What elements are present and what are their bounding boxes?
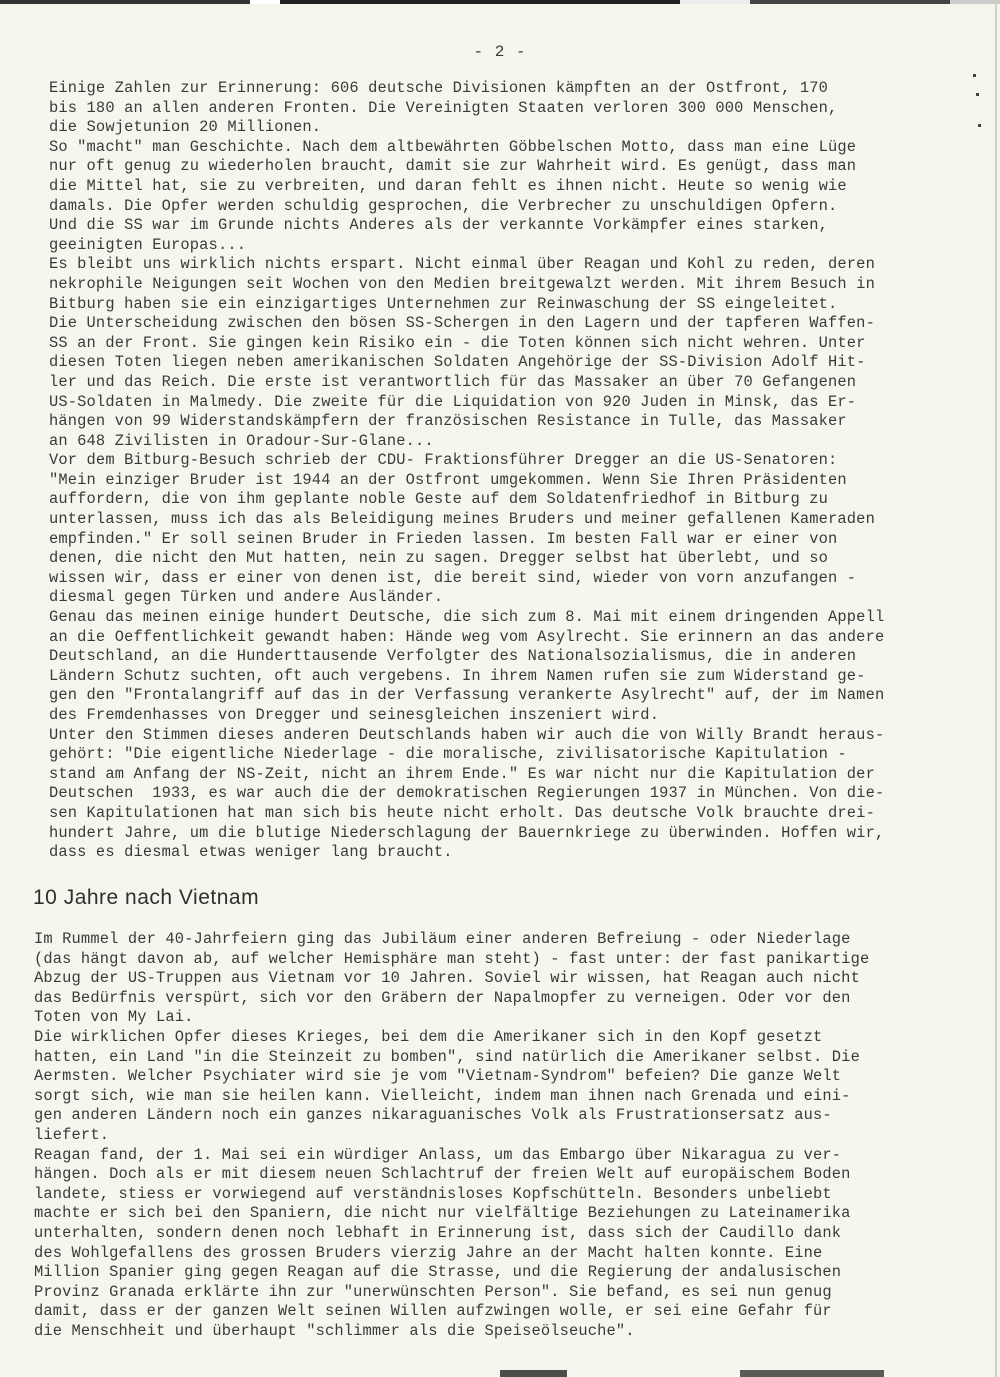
text-line: hundert Jahre, um die blutige Niederschl… xyxy=(49,824,949,844)
text-line: an die Oeffentlichkeit gewandt haben: Hä… xyxy=(49,628,949,648)
text-line: das Bedürfnis verspürt, sich vor den Grä… xyxy=(34,989,934,1009)
text-line: Und die SS war im Grunde nichts Anderes … xyxy=(49,216,949,236)
text-line: diesen Toten liegen neben amerikanischen… xyxy=(49,353,949,373)
text-line: landete, stiess er vorwiegend auf verstä… xyxy=(34,1185,934,1205)
text-line: "Mein einziger Bruder ist 1944 an der Os… xyxy=(49,471,949,491)
text-line: Deutschland, an die Hunderttausende Verf… xyxy=(49,647,949,667)
text-line: wissen wir, dass er einer von denen ist,… xyxy=(49,569,949,589)
text-line: (das hängt davon ab, auf welcher Hemisph… xyxy=(34,950,934,970)
text-line: Provinz Granada erklärte ihn zur "unerwü… xyxy=(34,1283,934,1303)
text-line: liefert. xyxy=(34,1126,934,1146)
text-line: Aermsten. Welcher Psychiater wird sie je… xyxy=(34,1067,934,1087)
text-line: denen, die nicht den Mut hatten, nein zu… xyxy=(49,549,949,569)
margin-mark xyxy=(978,124,981,127)
text-line: unterlassen, muss ich das als Beleidigun… xyxy=(49,510,949,530)
text-line: machte er sich bei den Spaniern, die nic… xyxy=(34,1204,934,1224)
scan-bottom-edge xyxy=(500,1370,980,1377)
text-line: diesmal gegen Türken und andere Auslände… xyxy=(49,588,949,608)
text-line: ler und das Reich. Die erste ist verantw… xyxy=(49,373,949,393)
text-line: damit, dass er der ganzen Welt seinen Wi… xyxy=(34,1302,934,1322)
text-line: die Sowjetunion 20 Millionen. xyxy=(49,118,949,138)
text-line: Einige Zahlen zur Erinnerung: 606 deutsc… xyxy=(49,79,949,99)
text-line: Million Spanier ging gegen Reagan auf di… xyxy=(34,1263,934,1283)
text-line: die Menschheit und überhaupt "schlimmer … xyxy=(34,1322,934,1342)
text-line: Es bleibt uns wirklich nichts erspart. N… xyxy=(49,255,949,275)
text-line: hängen. Doch als er mit diesem neuen Sch… xyxy=(34,1165,934,1185)
text-line: stand am Anfang der NS-Zeit, nicht an ih… xyxy=(49,765,949,785)
text-line: an 648 Zivilisten in Oradour-Sur-Glane..… xyxy=(49,432,949,452)
text-line: Abzug der US-Truppen aus Vietnam vor 10 … xyxy=(34,969,934,989)
text-line: auffordern, die von ihm geplante noble G… xyxy=(49,490,949,510)
text-line: geeinigten Europas... xyxy=(49,236,949,256)
text-line: gehört: "Die eigentliche Niederlage - di… xyxy=(49,745,949,765)
section-heading: 10 Jahre nach Vietnam xyxy=(33,886,259,910)
text-line: SS an der Front. Sie gingen kein Risiko … xyxy=(49,334,949,354)
text-line: unterhalten, sondern denen noch lebhaft … xyxy=(34,1224,934,1244)
text-line: sen Kapitulationen hat man sich bis heut… xyxy=(49,804,949,824)
text-line: hatten, ein Land "in die Steinzeit zu bo… xyxy=(34,1048,934,1068)
text-line: Reagan fand, der 1. Mai sei ein würdiger… xyxy=(34,1146,934,1166)
text-line: Vor dem Bitburg-Besuch schrieb der CDU- … xyxy=(49,451,949,471)
text-line: gen anderen Ländern noch ein ganzes nika… xyxy=(34,1106,934,1126)
section-2-body: Im Rummel der 40-Jahrfeiern ging das Jub… xyxy=(34,930,934,1341)
text-line: des Fremdenhasses von Dregger und seines… xyxy=(49,706,949,726)
text-line: damals. Die Opfer werden schuldig gespro… xyxy=(49,197,949,217)
text-line: Genau das meinen einige hundert Deutsche… xyxy=(49,608,949,628)
text-line: des Wohlgefallens des grossen Bruders vi… xyxy=(34,1244,934,1264)
text-line: Toten von My Lai. xyxy=(34,1008,934,1028)
margin-mark xyxy=(973,74,976,77)
text-line: nur oft genug zu wiederholen braucht, da… xyxy=(49,157,949,177)
text-line: US-Soldaten in Malmedy. Die zweite für d… xyxy=(49,393,949,413)
text-line: Bitburg haben sie ein einzigartiges Unte… xyxy=(49,295,949,315)
section-1-body: Einige Zahlen zur Erinnerung: 606 deutsc… xyxy=(49,79,949,863)
scan-top-edge xyxy=(0,0,1000,4)
text-line: empfinden." Er soll seinen Bruder in Fri… xyxy=(49,530,949,550)
text-line: gen den "Frontalangriff auf das in der V… xyxy=(49,686,949,706)
text-line: hängen von 99 Widerstandskämpfern der fr… xyxy=(49,412,949,432)
text-line: Die Unterscheidung zwischen den bösen SS… xyxy=(49,314,949,334)
text-line: dass es diesmal etwas weniger lang brauc… xyxy=(49,843,949,863)
text-line: Ländern Schutz suchten, oft auch vergebe… xyxy=(49,667,949,687)
text-line: So "macht" man Geschichte. Nach dem altb… xyxy=(49,138,949,158)
text-line: Die wirklichen Opfer dieses Krieges, bei… xyxy=(34,1028,934,1048)
text-line: sorgt sich, wie man sie heilen kann. Vie… xyxy=(34,1087,934,1107)
page-number: - 2 - xyxy=(0,43,1000,61)
text-line: Unter den Stimmen dieses anderen Deutsch… xyxy=(49,726,949,746)
margin-mark xyxy=(976,93,979,96)
text-line: die Mittel hat, sie zu verbreiten, und d… xyxy=(49,177,949,197)
text-line: Deutschen 1933, es war auch die der demo… xyxy=(49,784,949,804)
text-line: Im Rummel der 40-Jahrfeiern ging das Jub… xyxy=(34,930,934,950)
text-line: bis 180 an allen anderen Fronten. Die Ve… xyxy=(49,99,949,119)
scan-right-border xyxy=(995,0,997,1377)
text-line: nekrophile Neigungen seit Wochen von den… xyxy=(49,275,949,295)
